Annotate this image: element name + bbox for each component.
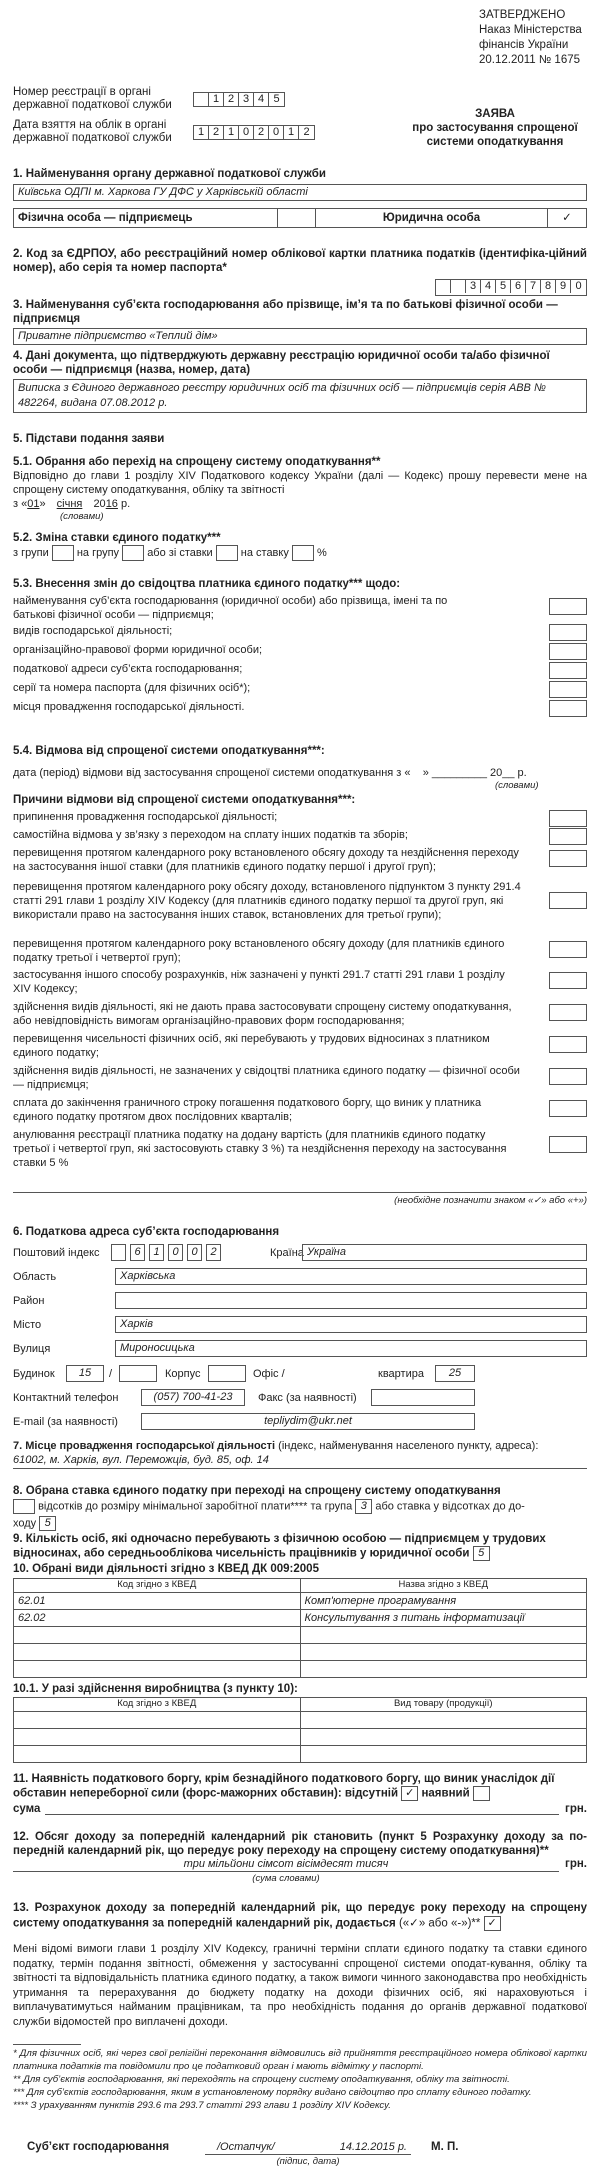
approval-line: 20.12.2011 № 1675 — [479, 53, 582, 68]
refusal-reason-row: перевищення протягом календарного року в… — [13, 846, 587, 874]
refusal-words-hint: (словами) — [495, 780, 539, 792]
refusal-reason-label: сплата до закінчення граничного строку п… — [13, 1096, 523, 1124]
phone-label: Контактний телефон — [13, 1390, 118, 1406]
percent-min-wage-box[interactable] — [13, 1499, 35, 1514]
reg-date-digit[interactable]: 0 — [239, 126, 254, 139]
section13-heading: 13. Розрахунок доходу за попередній кале… — [13, 1902, 587, 1930]
refusal-reason-row: припинення провадження господарської дія… — [13, 810, 587, 824]
edrpou-digit[interactable] — [451, 280, 466, 293]
tax-office-field[interactable]: Київська ОДПІ м. Харкова ГУ ДФС у Харків… — [13, 184, 587, 201]
group-box[interactable]: 3 — [355, 1499, 372, 1514]
country-field[interactable]: Україна — [302, 1244, 587, 1261]
change-option-checkbox[interactable] — [549, 662, 587, 679]
title-line: ЗАЯВА — [385, 107, 600, 121]
building-field[interactable]: 15 — [66, 1365, 104, 1382]
table-row — [14, 1729, 587, 1746]
building-extra-field[interactable] — [119, 1365, 157, 1382]
refusal-reason-checkbox[interactable] — [549, 892, 587, 909]
refusal-reason-row: перевищення протягом календарного року в… — [13, 937, 587, 965]
table-cell[interactable] — [14, 1712, 301, 1729]
table-cell[interactable]: 62.01 — [14, 1593, 301, 1610]
section9-heading: 9. Кількість осіб, які одночасно перебув… — [13, 1532, 587, 1561]
signature-date: 14.12.2015 р. — [340, 2140, 407, 2154]
individual-label: Фізична особа — підприємець — [14, 209, 278, 227]
postal-digit[interactable]: 2 — [206, 1244, 221, 1261]
refusal-reason-row: самостійна відмова у зв’язку з переходом… — [13, 828, 587, 842]
table-cell[interactable] — [14, 1729, 301, 1746]
refusal-reason-checkbox[interactable] — [549, 972, 587, 989]
refusal-reason-checkbox[interactable] — [549, 1100, 587, 1117]
fax-field[interactable] — [371, 1389, 475, 1406]
column-header: Код згідно з КВЕД — [14, 1579, 301, 1593]
table-cell[interactable] — [300, 1627, 587, 1644]
date-close: » — [39, 498, 45, 510]
refusal-reason-row: сплата до закінчення граничного строку п… — [13, 1096, 587, 1124]
section13-note: («✓» або «-»)** — [396, 1918, 481, 1930]
edrpou-digit[interactable]: 5 — [496, 280, 511, 293]
postal-digit[interactable] — [111, 1244, 126, 1261]
change-option-label: місця провадження господарської діяльнос… — [13, 700, 473, 714]
label-line: Номер реєстрації в органі — [13, 86, 172, 99]
approval-line: Наказ Міністерства — [479, 23, 582, 38]
label-line: державної податкової служби — [13, 99, 172, 112]
reg-date-label: Дата взяття на облік в органі державної … — [13, 119, 172, 145]
change-option-checkbox[interactable] — [549, 643, 587, 660]
legal-entity-label: Юридична особа — [316, 209, 548, 227]
refusal-reason-label: застосування іншого способу розрахунків,… — [13, 968, 523, 996]
reg-number-digit[interactable]: 5 — [269, 93, 284, 106]
refusal-reason-label: самостійна відмова у зв’язку з переходом… — [13, 828, 523, 842]
reg-date-digit[interactable]: 1 — [284, 126, 299, 139]
refusal-reason-label: перевищення чисельності фізичних осіб, я… — [13, 1032, 523, 1060]
reg-date-digit[interactable]: 1 — [224, 126, 239, 139]
block-label: Корпус — [165, 1366, 200, 1382]
refusal-reason-label: здійснення видів діяльності, які не дают… — [13, 1000, 523, 1028]
section54-heading: 5.4. Відмова від спрощеної системи опода… — [13, 744, 325, 759]
change-option-checkbox[interactable] — [549, 598, 587, 615]
table-row — [14, 1644, 587, 1661]
signature-label: Суб’єкт господарювання — [27, 2140, 169, 2155]
table-row: 62.01Комп'ютерне програмування — [14, 1593, 587, 1610]
from-group-label: з групи — [13, 547, 49, 559]
refusal-reason-checkbox[interactable] — [549, 1136, 587, 1153]
change-option-label: видів господарської діяльності; — [13, 624, 473, 638]
column-header: Код згідно з КВЕД — [14, 1698, 301, 1712]
reg-number-digit[interactable] — [194, 93, 209, 106]
district-label: Район — [13, 1293, 44, 1309]
reg-number-digit[interactable]: 3 — [239, 93, 254, 106]
edrpou-digit[interactable]: 8 — [541, 280, 556, 293]
income-hint: (сума словами) — [13, 1873, 559, 1885]
absent-label: відсутній — [345, 1788, 398, 1800]
table-row — [14, 1746, 587, 1763]
table-cell[interactable]: Консультування з питань інформатизації — [300, 1610, 587, 1627]
phone-field[interactable]: (057) 700-41-23 — [141, 1389, 245, 1406]
section8-heading: 8. Обрана ставка єдиного податку при пер… — [13, 1484, 501, 1499]
reasons-heading: Причини відмови від спрощеної системи оп… — [13, 793, 355, 808]
approval-line: ЗАТВЕРДЖЕНО — [479, 8, 582, 23]
table-cell[interactable] — [300, 1729, 587, 1746]
section52-row: з групи на групу або зі ставки на ставку… — [13, 545, 327, 561]
change-option-label: найменування суб’єкта господарювання (юр… — [13, 594, 473, 622]
refusal-date[interactable]: дата (період) відмови від застосування с… — [13, 766, 527, 780]
to-rate-box[interactable] — [292, 545, 314, 561]
reg-date-digit[interactable]: 2 — [299, 126, 314, 139]
refusal-reason-checkbox[interactable] — [549, 850, 587, 867]
table-cell[interactable] — [14, 1627, 301, 1644]
legal-entity-checkbox[interactable]: ✓ — [548, 209, 586, 227]
to-group-box[interactable] — [122, 545, 144, 561]
table-cell[interactable]: 62.02 — [14, 1610, 301, 1627]
region-label: Область — [13, 1269, 56, 1285]
refusal-reason-row: застосування іншого способу розрахунків,… — [13, 968, 587, 996]
change-option-row: організаційно-правової форми юридичної о… — [13, 643, 587, 657]
refusal-reason-checkbox[interactable] — [549, 1068, 587, 1085]
section10-heading: 10. Обрані види діяльності згідно з КВЕД… — [13, 1562, 319, 1577]
footnote: *** Для суб’єктів господарювання, яким в… — [13, 2086, 587, 2099]
table-cell[interactable] — [300, 1644, 587, 1661]
reg-date-cells[interactable]: 12102012 — [193, 125, 315, 140]
footnote: ** Для суб’єктів господарювання, які пер… — [13, 2073, 587, 2086]
section2-heading: 2. Код за ЄДРПОУ, або реєстраційний номе… — [13, 247, 587, 275]
table-cell[interactable] — [300, 1712, 587, 1729]
title-line: про застосування спрощеної — [385, 121, 600, 135]
footnote-divider — [13, 2044, 81, 2045]
office-label: Офіс / — [253, 1366, 285, 1382]
section8-text: або ставка у відсотках до до- — [375, 1500, 525, 1512]
year-suffix: р. — [118, 498, 130, 510]
section5-heading: 5. Підстави подання заяви — [13, 432, 164, 447]
section52-heading: 5.2. Зміна ставки єдиного податку*** — [13, 531, 221, 546]
table-header-row: Код згідно з КВЕДВид товару (продукції) — [14, 1698, 587, 1712]
calculation-attached-checkbox[interactable]: ✓ — [484, 1916, 501, 1931]
street-field[interactable]: Мироносицька — [115, 1340, 587, 1357]
slash: / — [109, 1366, 112, 1382]
section3-heading: 3. Найменування суб’єкта господарювання … — [13, 298, 587, 326]
table-cell[interactable] — [14, 1644, 301, 1661]
employees-count-box[interactable]: 5 — [473, 1546, 490, 1561]
debt-present-checkbox[interactable] — [473, 1786, 490, 1801]
change-option-row: видів господарської діяльності; — [13, 624, 587, 638]
approval-stamp: ЗАТВЕРДЖЕНО Наказ Міністерства фінансів … — [479, 8, 582, 68]
section51-heading: 5.1. Обрання або перехід на спрощену сис… — [13, 455, 381, 470]
divider — [13, 1192, 587, 1193]
refusal-reason-checkbox[interactable] — [549, 941, 587, 958]
edrpou-digit[interactable]: 0 — [571, 280, 586, 293]
building-label: Будинок — [13, 1366, 55, 1382]
table-row — [14, 1661, 587, 1678]
refusal-reason-row: здійснення видів діяльності, які не дают… — [13, 1000, 587, 1028]
rate-box[interactable]: 5 — [39, 1516, 56, 1531]
refusal-reason-label: здійснення видів діяльності, не зазначен… — [13, 1064, 523, 1092]
income-currency: грн. — [565, 1857, 587, 1872]
production-table: Код згідно з КВЕДВид товару (продукції) — [13, 1697, 587, 1763]
refusal-reason-label: перевищення протягом календарного року в… — [13, 937, 523, 965]
section10-1-heading: 10.1. У разі здійснення виробництва (з п… — [13, 1682, 298, 1697]
fax-label: Факс (за наявності) — [258, 1390, 357, 1406]
refusal-reason-row: здійснення видів діяльності, не зазначен… — [13, 1064, 587, 1092]
kved-table: Код згідно з КВЕДНазва згідно з КВЕД62.0… — [13, 1578, 587, 1678]
percent-sign: % — [317, 547, 327, 559]
from-group-box[interactable] — [52, 545, 74, 561]
words-hint: (словами) — [60, 511, 104, 523]
postal-label: Поштовий індекс — [13, 1245, 100, 1261]
postal-digit[interactable]: 0 — [187, 1244, 202, 1261]
income-field[interactable]: три мільйони сімсот вісімдесят тисяч — [13, 1857, 559, 1872]
declaration-text: Мені відомі вимоги глави 1 розділу XIV К… — [13, 1942, 587, 2030]
reg-number-cells[interactable]: 12345 — [193, 92, 285, 107]
section8-text: відсотків до розміру мінімальної заробіт… — [38, 1500, 352, 1512]
change-option-checkbox[interactable] — [549, 681, 587, 698]
table-row — [14, 1712, 587, 1729]
section51-text: Відповідно до глави 1 розділу XIV Податк… — [13, 469, 587, 497]
signature-hint: (підпис, дата) — [205, 2156, 411, 2168]
table-cell[interactable] — [14, 1746, 301, 1763]
section8-text: ходу — [13, 1517, 36, 1529]
debt-absent-checkbox[interactable]: ✓ — [401, 1786, 418, 1801]
email-label: E-mail (за наявності) — [13, 1414, 118, 1430]
title-line: системи оподаткування — [385, 135, 600, 149]
edrpou-digit[interactable]: 6 — [511, 280, 526, 293]
reg-number-label: Номер реєстрації в органі державної пода… — [13, 86, 172, 112]
section12-heading: 12. Обсяг доходу за попередній календарн… — [13, 1830, 587, 1858]
from-rate-label: або зі ставки — [147, 547, 212, 559]
email-field[interactable]: tepliydim@ukr.net — [141, 1413, 475, 1430]
change-option-row: місця провадження господарської діяльнос… — [13, 700, 587, 714]
refusal-reason-checkbox[interactable] — [549, 1004, 587, 1021]
change-option-row: серії та номера паспорта (для фізичних о… — [13, 681, 587, 695]
footnote: * Для фізичних осіб, які через свої релі… — [13, 2047, 587, 2073]
individual-checkbox[interactable] — [278, 209, 316, 227]
section7-title: 7. Місце провадження господарської діяль… — [13, 1440, 275, 1452]
activity-place-field[interactable]: 61002, м. Харків, вул. Переможців, буд. … — [13, 1453, 587, 1469]
table-header-row: Код згідно з КВЕДНазва згідно з КВЕД — [14, 1579, 587, 1593]
present-label: наявний — [421, 1788, 469, 1800]
signature-value: /Остапчук/ — [217, 2140, 275, 2154]
form-title: ЗАЯВА про застосування спрощеної системи… — [385, 107, 600, 149]
edrpou-digit[interactable]: 4 — [481, 280, 496, 293]
edrpou-digit[interactable]: 3 — [466, 280, 481, 293]
section4-heading: 4. Дані документа, що підтверджують держ… — [13, 349, 587, 377]
start-year[interactable]: 16 — [106, 498, 118, 510]
to-rate-label: на ставку — [241, 547, 289, 559]
debt-sum-field[interactable] — [45, 1802, 559, 1815]
stamp-label: М. П. — [431, 2140, 458, 2155]
reg-date-digit[interactable]: 1 — [194, 126, 209, 139]
section9-title: 9. Кількість осіб, які одночасно перебув… — [13, 1533, 546, 1560]
mark-hint: (необхідне позначити знаком «✓» або «+») — [394, 1195, 587, 1207]
from-rate-box[interactable] — [216, 545, 238, 561]
change-option-row: податкової адреси суб’єкта господарюванн… — [13, 662, 587, 676]
change-option-label: організаційно-правової форми юридичної о… — [13, 643, 473, 657]
start-day[interactable]: 01 — [27, 498, 39, 510]
section8-row2: ходу 5 — [13, 1516, 56, 1531]
table-row: 62.02Консультування з питань інформатиза… — [14, 1610, 587, 1627]
postal-digit[interactable]: 6 — [130, 1244, 145, 1261]
street-label: Вулиця — [13, 1341, 50, 1357]
edrpou-digit[interactable] — [436, 280, 451, 293]
edrpou-cells[interactable]: 34567890 — [435, 279, 587, 296]
approval-line: фінансів України — [479, 38, 582, 53]
change-option-row: найменування суб’єкта господарювання (юр… — [13, 594, 587, 622]
sum-currency: грн. — [565, 1802, 587, 1817]
table-cell[interactable] — [14, 1661, 301, 1678]
change-option-checkbox[interactable] — [549, 624, 587, 641]
change-option-label: податкової адреси суб’єкта господарюванн… — [13, 662, 473, 676]
change-option-label: серії та номера паспорта (для фізичних о… — [13, 681, 473, 695]
block-field[interactable] — [208, 1365, 246, 1382]
postal-code-cells[interactable]: 61002 — [111, 1244, 221, 1261]
person-type-row: Фізична особа — підприємець Юридична осо… — [13, 208, 587, 228]
date-prefix: з « — [13, 498, 27, 510]
table-cell[interactable] — [300, 1746, 587, 1763]
section7-note: (індекс, найменування населеного пункту,… — [275, 1440, 538, 1452]
column-header: Назва згідно з КВЕД — [300, 1579, 587, 1593]
section13-block: 13. Розрахунок доходу за попередній кале… — [13, 1901, 587, 1932]
reg-date-digit[interactable]: 0 — [269, 126, 284, 139]
city-label: Місто — [13, 1317, 41, 1333]
year-prefix: 20 — [93, 498, 105, 510]
district-field[interactable] — [115, 1292, 587, 1309]
refusal-reason-label: припинення провадження господарської дія… — [13, 810, 523, 824]
refusal-reason-label: перевищення протягом календарного року в… — [13, 846, 523, 874]
country-label: Країна — [270, 1245, 304, 1261]
refusal-reason-row: перевищення чисельності фізичних осіб, я… — [13, 1032, 587, 1060]
section51-date: з «01» січня 2016 р. — [13, 497, 130, 511]
region-field[interactable]: Харківська — [115, 1268, 587, 1285]
edrpou-digit[interactable]: 7 — [526, 280, 541, 293]
footnotes: * Для фізичних осіб, які через свої релі… — [13, 2047, 587, 2112]
refusal-reason-checkbox[interactable] — [549, 810, 587, 827]
reg-number-digit[interactable]: 4 — [254, 93, 269, 106]
section1-heading: 1. Найменування органу державної податко… — [13, 167, 326, 182]
reg-date-digit[interactable]: 2 — [209, 126, 224, 139]
to-group-label: на групу — [77, 547, 119, 559]
section53-heading: 5.3. Внесення змін до свідоцтва платника… — [13, 577, 400, 592]
table-row — [14, 1627, 587, 1644]
postal-digit[interactable]: 1 — [149, 1244, 164, 1261]
registration-doc-field[interactable]: Виписка з Єдиного державного реєстру юри… — [13, 379, 587, 413]
refusal-reason-checkbox[interactable] — [549, 1036, 587, 1053]
footnote: **** З урахуванням пунктів 293.6 та 293.… — [13, 2099, 587, 2112]
refusal-reason-label: перевищення протягом календарного року о… — [13, 880, 523, 922]
entity-name-field[interactable]: Приватне підприємство «Теплий дім» — [13, 328, 587, 345]
reg-number-digit[interactable]: 2 — [224, 93, 239, 106]
change-option-checkbox[interactable] — [549, 700, 587, 717]
section8-row: відсотків до розміру мінімальної заробіт… — [13, 1499, 587, 1514]
section11-block: 11. Наявність податкового боргу, крім бе… — [13, 1772, 587, 1801]
refusal-reason-label: анулювання реєстрації платника податку н… — [13, 1128, 523, 1170]
edrpou-digit[interactable]: 9 — [556, 280, 571, 293]
label-line: Дата взяття на облік в органі — [13, 119, 172, 132]
start-month[interactable]: січня — [49, 498, 91, 510]
refusal-reason-checkbox[interactable] — [549, 828, 587, 845]
apartment-field[interactable]: 25 — [435, 1365, 475, 1382]
column-header: Вид товару (продукції) — [300, 1698, 587, 1712]
table-cell[interactable]: Комп'ютерне програмування — [300, 1593, 587, 1610]
city-field[interactable]: Харків — [115, 1316, 587, 1333]
section6-heading: 6. Податкова адреса суб’єкта господарюва… — [13, 1225, 279, 1240]
apartment-label: квартира — [378, 1366, 424, 1382]
section7-heading: 7. Місце провадження господарської діяль… — [13, 1439, 587, 1453]
label-line: державної податкової служби — [13, 132, 172, 145]
sum-label: сума — [13, 1802, 40, 1817]
signature-field[interactable]: /Остапчук/ 14.12.2015 р. — [205, 2140, 411, 2155]
refusal-reason-row: анулювання реєстрації платника податку н… — [13, 1128, 587, 1170]
refusal-reason-row: перевищення протягом календарного року о… — [13, 880, 587, 922]
reg-number-digit[interactable]: 1 — [209, 93, 224, 106]
reg-date-digit[interactable]: 2 — [254, 126, 269, 139]
table-cell[interactable] — [300, 1661, 587, 1678]
postal-digit[interactable]: 0 — [168, 1244, 183, 1261]
